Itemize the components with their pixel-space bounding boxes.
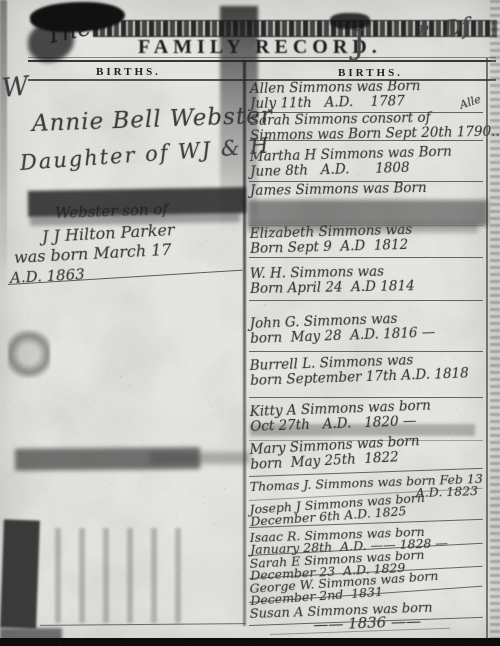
birth-record-entry: Sarah Simmons consort of Simmons was Bor… — [250, 110, 484, 144]
birth-record-entry: Martha H Simmons was Born June 8th A.D. … — [250, 144, 485, 180]
record-line: Born April 24 A.D 1814 — [250, 278, 484, 297]
circular-stain — [8, 330, 50, 378]
scan-edge-bar — [0, 638, 500, 646]
ruled-line — [249, 300, 483, 301]
record-line: July 11th A.D. 1787 — [250, 93, 484, 112]
births-header-right: BIRTHS. — [338, 67, 403, 79]
record-line: Simmons was Born Sept 20th 1790.. — [250, 125, 484, 144]
dark-scan-artifact — [0, 628, 62, 642]
birth-record-entry: Mary Simmons was born born May 25th 1822 — [249, 431, 484, 473]
handwritten-date: A.D. 1863 — [10, 265, 86, 287]
birth-record-entry: John G. Simmons was born May 28 A.D. 181… — [249, 309, 484, 347]
page-title: FAMILY RECORD. — [138, 36, 373, 59]
right-margin-line — [486, 58, 488, 640]
ruled-line — [249, 257, 483, 258]
ink-pen-mark: P — [417, 21, 429, 41]
ruled-line — [40, 623, 245, 626]
birth-record-entry: James Simmons was Born — [250, 180, 484, 199]
left-page-edge — [0, 0, 7, 300]
vertical-streaks — [55, 528, 185, 623]
ink-flourish: W — [0, 71, 30, 104]
birth-record-entry: Susan A Simmons was born —— 1836 —— — [250, 600, 485, 634]
ink-smudge-band — [15, 447, 200, 471]
birth-record-entry: Allen Simmons was Born July 11th A.D. 17… — [250, 78, 484, 112]
ink-smudge-band — [150, 452, 250, 464]
ruled-line — [28, 60, 496, 62]
ink-pen-mark: Df — [442, 15, 471, 43]
birth-record-entry: Elizabeth Simmons was Born Sept 9 A.D 18… — [250, 221, 485, 257]
handwritten-line: was born March 17 — [14, 240, 173, 267]
births-header-left: BIRTHS. — [96, 66, 161, 78]
dark-scan-artifact — [0, 519, 40, 628]
record-line: James Simmons was Born — [250, 180, 484, 199]
right-page-edge — [490, 0, 500, 646]
birth-record-entry: Burrell L. Simmons was born September 17… — [249, 351, 484, 389]
handwritten-name: Annie Bell Webster — [32, 103, 274, 137]
handwritten-line: Webster son of — [55, 200, 169, 222]
birth-record-entry: Kitty A Simmons was born Oct 27th A.D. 1… — [249, 397, 484, 435]
birth-record-entry: W. H. Simmons was Born April 24 A.D 1814 — [250, 263, 484, 297]
decorative-chain-border — [93, 20, 497, 37]
family-record-scan-page: FAMILY RECORD. J P Df BIRTHS. BIRTHS. Th… — [0, 0, 500, 646]
ink-flourish: The — [43, 13, 93, 50]
handwritten-line: Daughter of WJ & H — [19, 134, 271, 175]
